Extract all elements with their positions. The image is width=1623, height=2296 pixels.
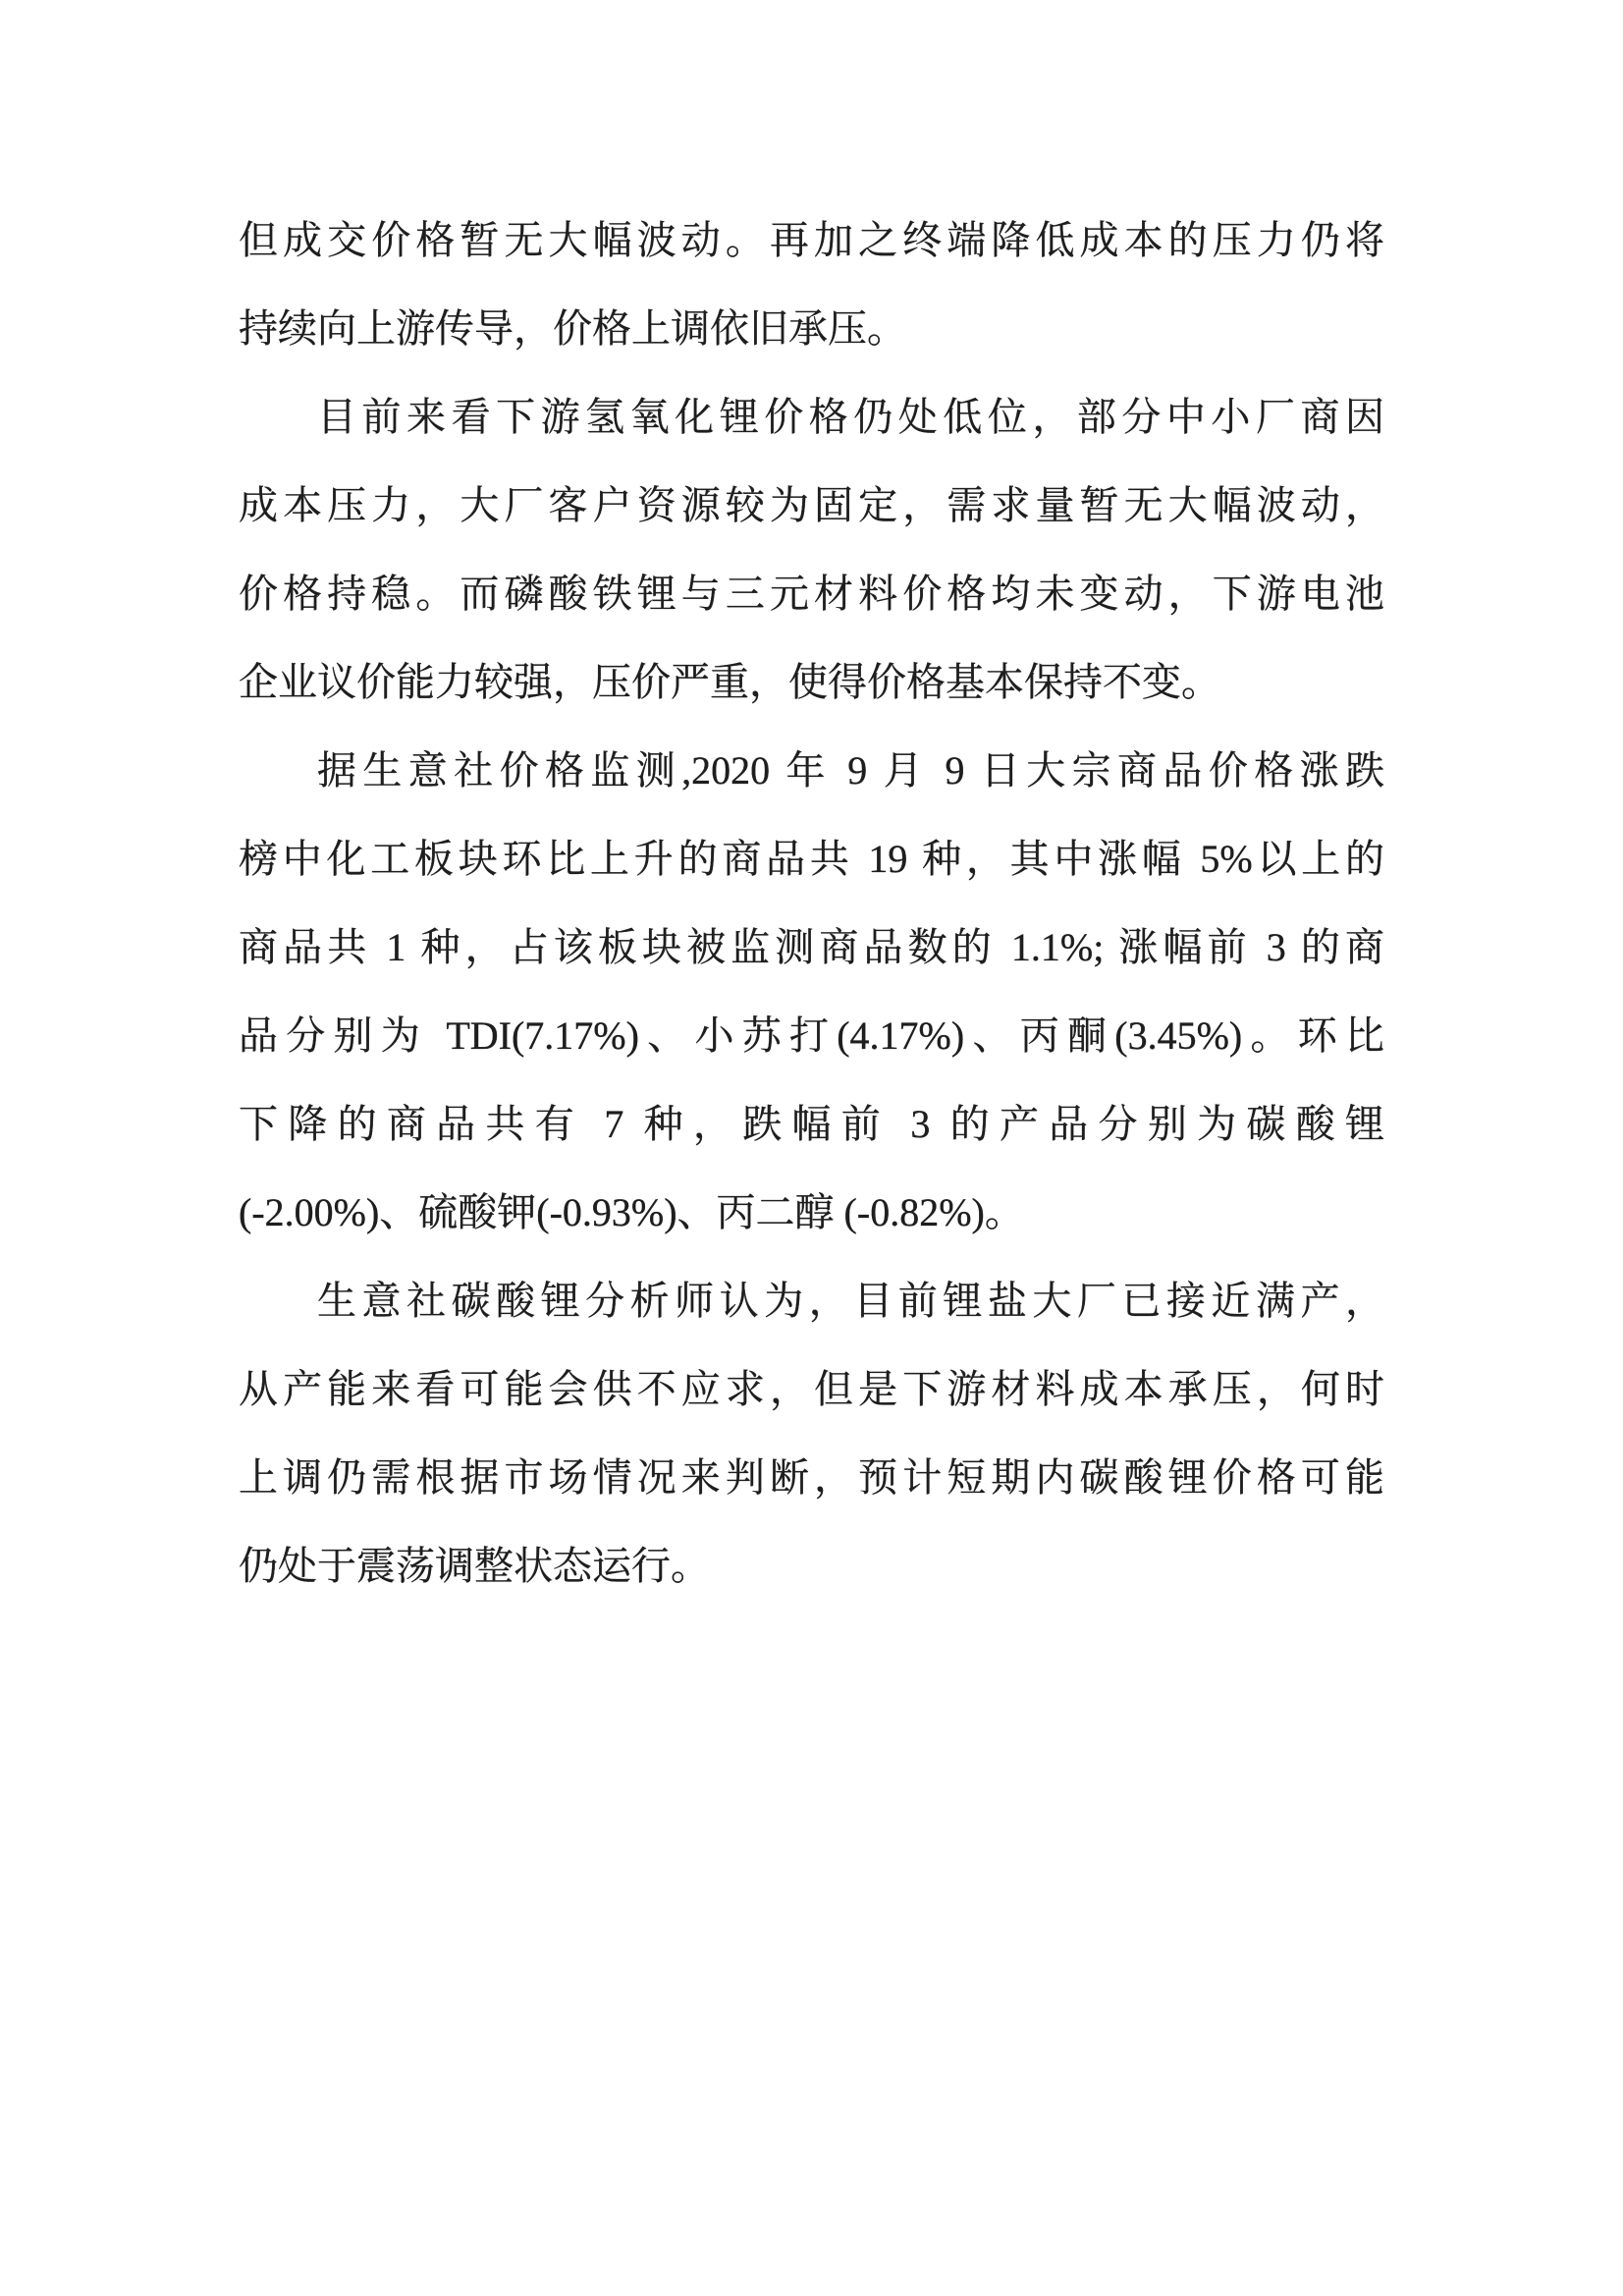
document-page: 但成交价格暂无大幅波动。再加之终端降低成本的压力仍将 持续向上游传导，价格上调依… xyxy=(0,0,1623,2296)
text-line: 从产能来看可能会供不应求，但是下游材料成本承压，何时 xyxy=(239,1345,1384,1434)
text-line: 商品共 1 种，占该板块被监测商品数的 1.1%; 涨幅前 3 的商 xyxy=(239,903,1384,992)
text-line: 品分别为 TDI(7.17%)、小苏打(4.17%)、丙酮(3.45%)。环比 xyxy=(239,992,1384,1080)
paragraph-3: 据生意社价格监测,2020 年 9 月 9 日大宗商品价格涨跌 榜中化工板块环比… xyxy=(239,727,1384,1257)
text-line: 仍处于震荡调整状态运行。 xyxy=(239,1522,1384,1611)
text-line: (-2.00%)、硫酸钾(-0.93%)、丙二醇 (-0.82%)。 xyxy=(239,1169,1384,1257)
paragraph-1: 但成交价格暂无大幅波动。再加之终端降低成本的压力仍将 持续向上游传导，价格上调依… xyxy=(239,196,1384,373)
text-line: 下降的商品共有 7 种，跌幅前 3 的产品分别为碳酸锂 xyxy=(239,1080,1384,1169)
text-line: 成本压力，大厂客户资源较为固定，需求量暂无大幅波动， xyxy=(239,462,1384,550)
text-line: 持续向上游传导，价格上调依旧承压。 xyxy=(239,285,1384,373)
text-line: 价格持稳。而磷酸铁锂与三元材料价格均未变动，下游电池 xyxy=(239,550,1384,638)
text-line: 上调仍需根据市场情况来判断，预计短期内碳酸锂价格可能 xyxy=(239,1434,1384,1522)
text-line: 目前来看下游氢氧化锂价格仍处低位，部分中小厂商因 xyxy=(239,373,1384,462)
paragraph-4: 生意社碳酸锂分析师认为，目前锂盐大厂已接近满产， 从产能来看可能会供不应求，但是… xyxy=(239,1257,1384,1611)
text-line: 企业议价能力较强，压价严重，使得价格基本保持不变。 xyxy=(239,638,1384,727)
paragraph-2: 目前来看下游氢氧化锂价格仍处低位，部分中小厂商因 成本压力，大厂客户资源较为固定… xyxy=(239,373,1384,727)
article-body: 但成交价格暂无大幅波动。再加之终端降低成本的压力仍将 持续向上游传导，价格上调依… xyxy=(239,196,1384,1611)
text-line: 生意社碳酸锂分析师认为，目前锂盐大厂已接近满产， xyxy=(239,1257,1384,1345)
text-line: 但成交价格暂无大幅波动。再加之终端降低成本的压力仍将 xyxy=(239,196,1384,285)
text-line: 榜中化工板块环比上升的商品共 19 种，其中涨幅 5%以上的 xyxy=(239,815,1384,903)
text-line: 据生意社价格监测,2020 年 9 月 9 日大宗商品价格涨跌 xyxy=(239,727,1384,815)
